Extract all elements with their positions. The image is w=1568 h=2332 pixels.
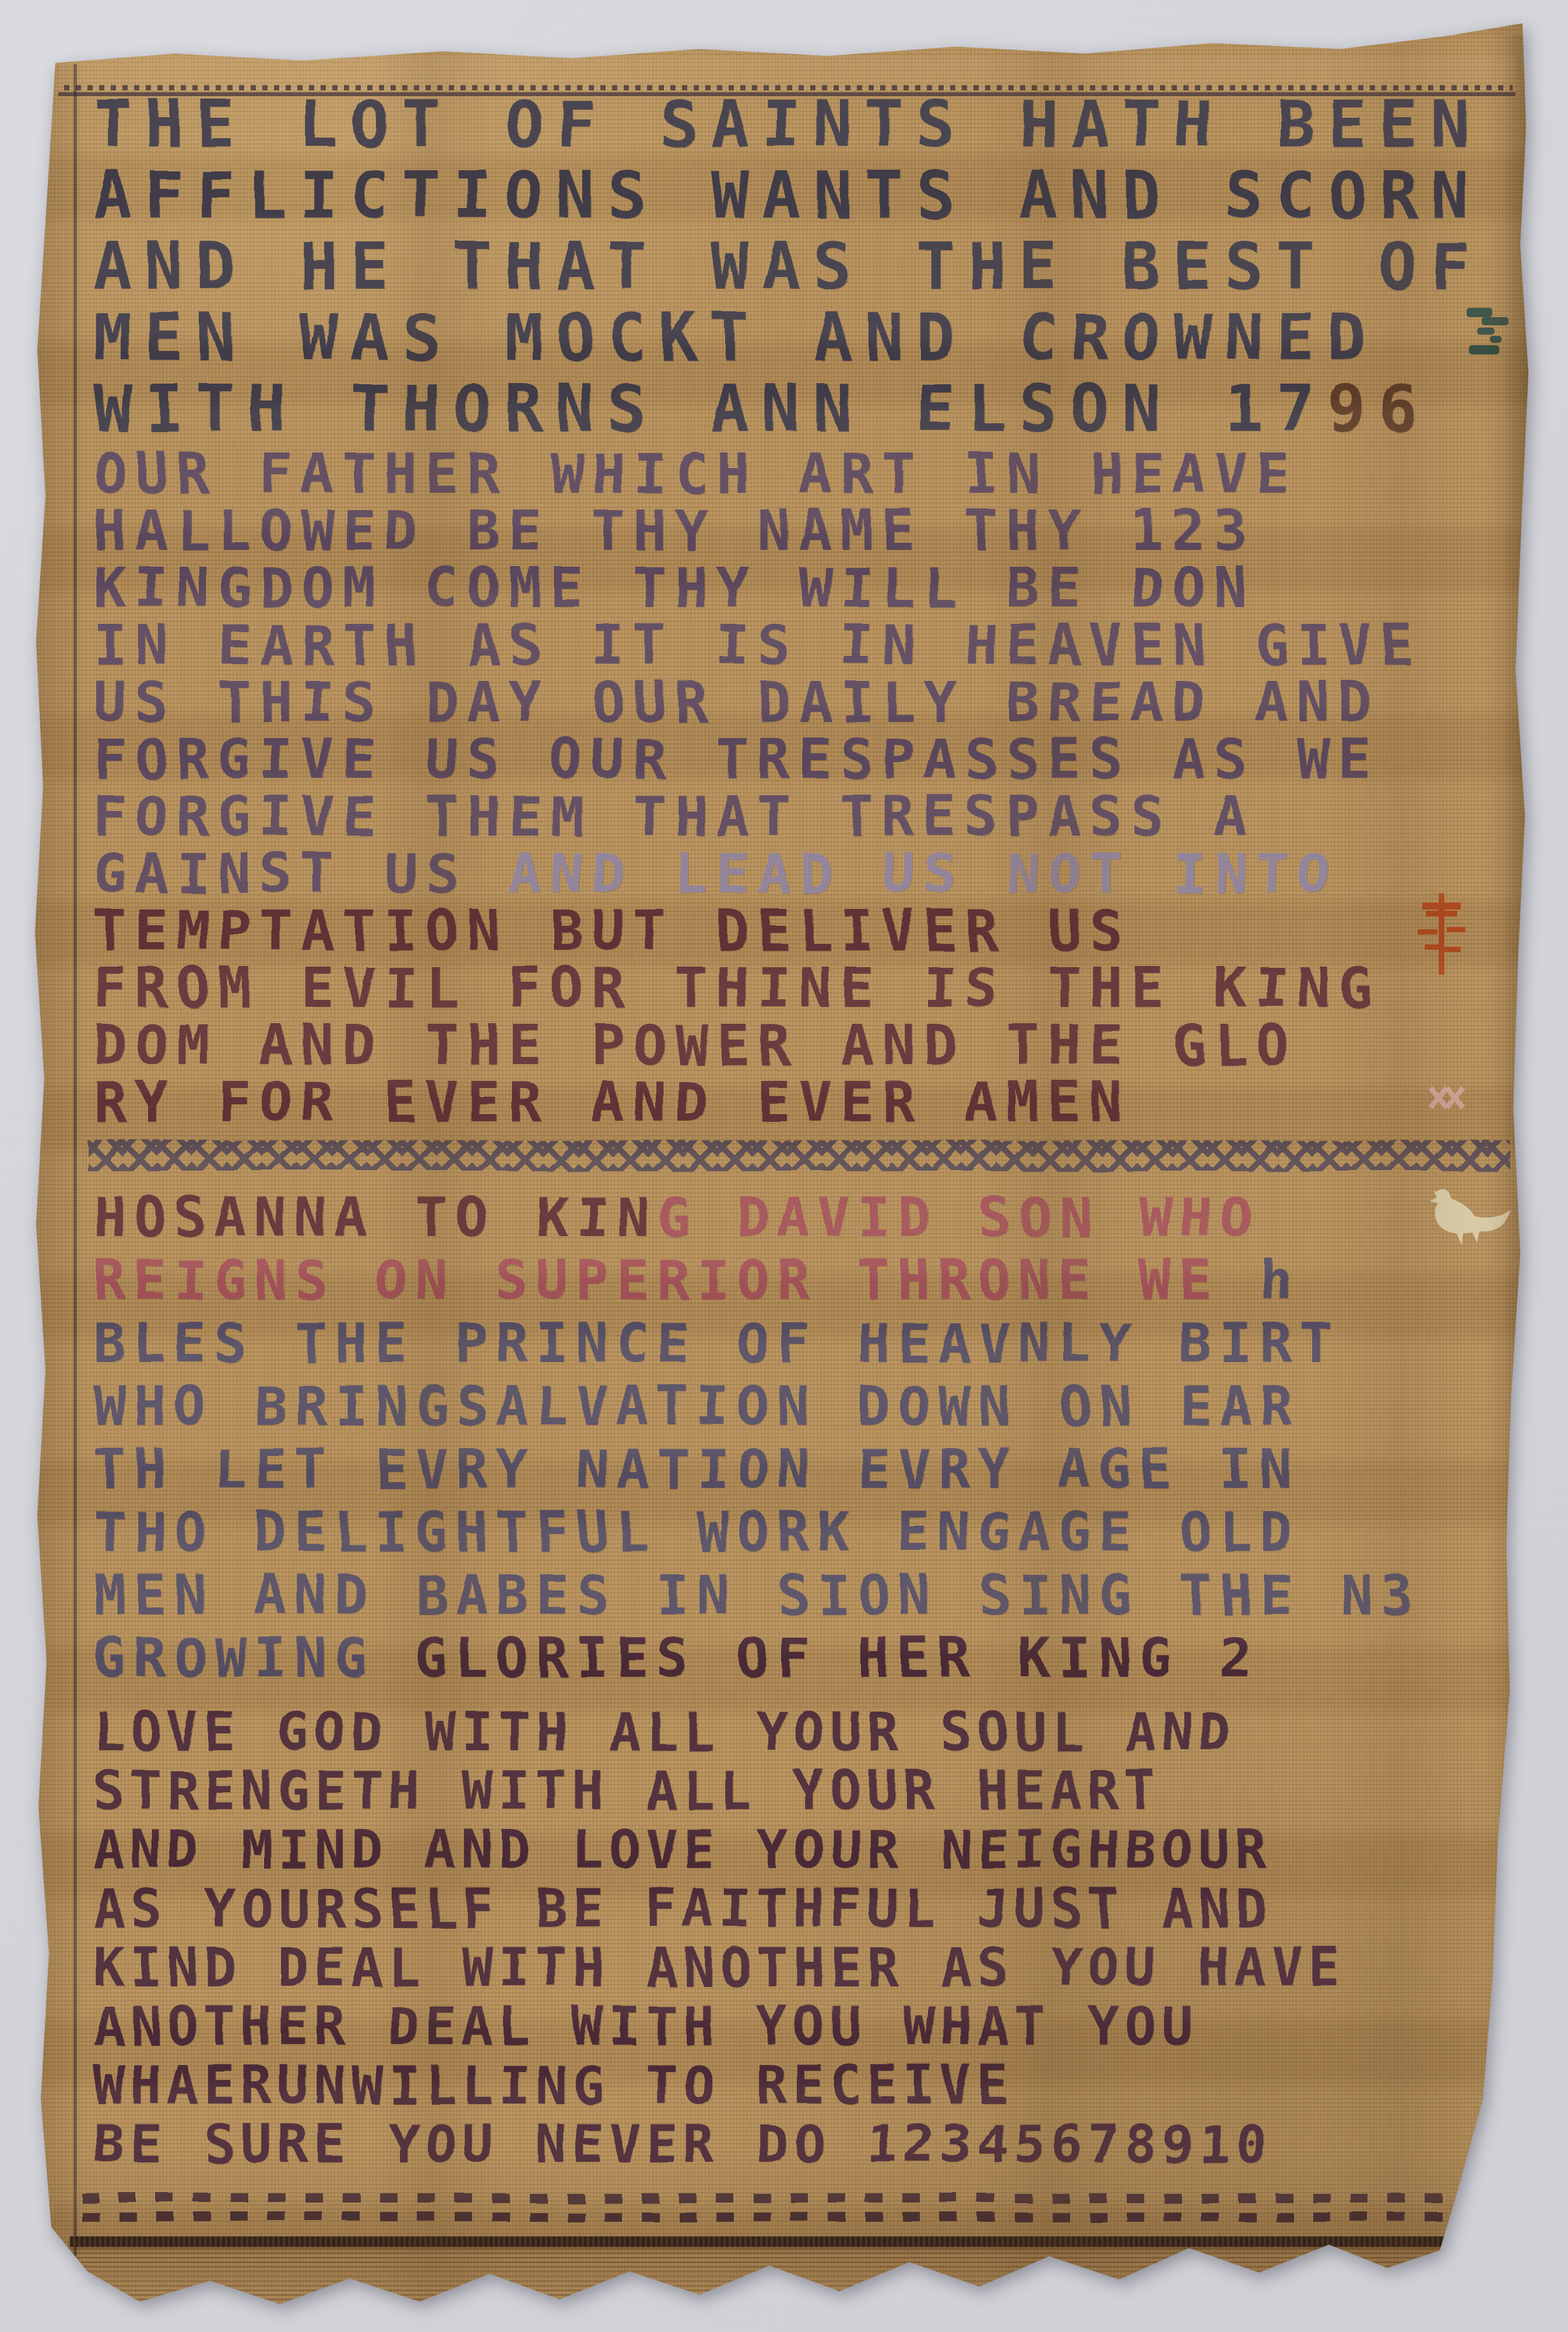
stitched-text-row: GROWING GLORIES OF HER KING 2 — [93, 1630, 1521, 1693]
stitched-text-row: IN EARTH AS IT IS IN HEAVEN GIVE — [93, 618, 1521, 675]
stitched-text: HOSANNA TO KIN — [93, 1186, 656, 1249]
stitched-text-row: FROM EVIL FOR THINE IS THE KING — [93, 961, 1521, 1018]
stitched-text: GAINST US — [93, 842, 508, 906]
stitched-text-row: MEN WAS MOCKT AND CROWNED — [93, 305, 1521, 377]
meander-border-band — [82, 2190, 1492, 2227]
stitched-text: RY FOR EVER AND EVER AMEN — [93, 1070, 1131, 1135]
stitched-text: IN EARTH AS IT IS IN HEAVEN GIVE — [93, 613, 1421, 677]
maker-name-text: WITH THORNS ANN ELSON 17 — [93, 371, 1327, 446]
stitched-text-row: BLES THE PRINCE OF HEAVNLY BIRT — [93, 1315, 1521, 1378]
stitched-text: US THIS DAY OUR DAILY BREAD AND — [93, 670, 1380, 735]
maker-date-row: WITH THORNS ANN ELSON 1796 — [93, 377, 1521, 448]
hymn-section: HOSANNA TO KING DAVID SON WHO REIGNS ON … — [93, 1189, 1521, 1693]
stitched-text: AFFLICTIONS WANTS AND SCORN — [93, 158, 1482, 233]
stitched-text: TH LET EVRY NATION EVRY AGE IN — [93, 1438, 1300, 1501]
stitched-text-row: TEMPTATION BUT DELIVER US — [93, 904, 1521, 961]
stitched-text-row: FORGIVE US OUR TRESPASSES AS WE — [93, 732, 1521, 789]
stitched-text: TEMPTATION BUT DELIVER US — [93, 899, 1131, 963]
photo-background: THE LOT OF SAINTS HATH BEEN AFFLICTIONS … — [0, 0, 1568, 2332]
stitched-text-row: HALLOWED BE THY NAME THY 123 — [93, 504, 1521, 561]
stitched-text-row: OUR FATHER WHICH ART IN HEAVE — [93, 447, 1521, 504]
pink-cross-motif — [1427, 1084, 1465, 1111]
stitched-text: STRENGETH WITH ALL YOUR HEART — [93, 1761, 1161, 1822]
stitched-text: BE SURE YOU NEVER DO 12345678910 — [93, 2114, 1272, 2175]
stitched-text-row: AND MIND AND LOVE YOUR NEIGHBOUR — [93, 1824, 1521, 1883]
stitched-text: REIGNS ON SUPERIOR THRONE WE — [93, 1249, 1219, 1312]
stitched-text-row: THE LOT OF SAINTS HATH BEEN — [93, 92, 1521, 163]
stitched-text: FORGIVE THEM THAT TRESPASS A — [93, 785, 1255, 849]
sampler-cloth: THE LOT OF SAINTS HATH BEEN AFFLICTIONS … — [0, 0, 1568, 2332]
stitched-text-row: WHAERUNWILLING TO RECEIVE — [93, 2059, 1521, 2118]
verse-section: THE LOT OF SAINTS HATH BEEN AFFLICTIONS … — [93, 92, 1521, 448]
stitched-text: THE LOT OF SAINTS HATH BEEN — [93, 87, 1482, 161]
stitched-text: KIND DEAL WITH ANOTHER AS YOU HAVE — [93, 1937, 1345, 1999]
stitched-text: h — [1219, 1249, 1300, 1312]
left-hem-stitch-line — [73, 64, 77, 2256]
stitched-text-row: RY FOR EVER AND EVER AMEN — [93, 1075, 1521, 1132]
stitched-text-row: WHO BRINGSALVATION DOWN ON EAR — [93, 1378, 1521, 1441]
stitched-text-row: THO DELIGHTFUL WORK ENGAGE OLD — [93, 1504, 1521, 1567]
zigzag-divider-band — [87, 1140, 1510, 1171]
stitched-text: HALLOWED BE THY NAME THY 123 — [93, 499, 1255, 563]
stitched-text-row: MEN AND BABES IN SION SING THE N3 — [93, 1567, 1521, 1630]
stitched-text-row: KINGDOM COME THY WILL BE DON — [93, 561, 1521, 618]
stitched-text-row: FORGIVE THEM THAT TRESPASS A — [93, 789, 1521, 847]
stitched-text: GROWING — [93, 1627, 415, 1690]
stitched-text: KINGDOM COME THY WILL BE DON — [93, 556, 1255, 620]
stitched-text: THO DELIGHTFUL WORK ENGAGE OLD — [93, 1501, 1300, 1564]
stitched-text: BLES THE PRINCE OF HEAVNLY BIRT — [93, 1312, 1340, 1375]
fringe-stitch-line — [70, 2236, 1486, 2247]
stitched-text: OUR FATHER WHICH ART IN HEAVE — [93, 442, 1297, 506]
stitched-text: AND HE THAT WAS THE BEST OF — [93, 229, 1482, 304]
stitched-text-row: HOSANNA TO KING DAVID SON WHO — [93, 1189, 1521, 1252]
stitched-text-row: KIND DEAL WITH ANOTHER AS YOU HAVE — [93, 1941, 1521, 2000]
stitched-text: ANOTHER DEAL WITH YOU WHAT YOU — [93, 1996, 1198, 2057]
cream-bird-motif — [1420, 1183, 1513, 1253]
stitched-text-row: ANOTHER DEAL WITH YOU WHAT YOU — [93, 2000, 1521, 2059]
stitched-text: FROM EVIL FOR THINE IS THE KING — [93, 956, 1380, 1020]
stitched-text: WHAERUNWILLING TO RECEIVE — [93, 2055, 1014, 2116]
teal-darn-motif — [1464, 304, 1512, 365]
stitched-text-row: REIGNS ON SUPERIOR THRONE WE h — [93, 1252, 1521, 1315]
lords-prayer-section: OUR FATHER WHICH ART IN HEAVE HALLOWED B… — [93, 447, 1521, 1132]
stitched-text-row: STRENGETH WITH ALL YOUR HEART — [93, 1765, 1521, 1824]
stitched-text-row: DOM AND THE POWER AND THE GLO — [93, 1018, 1521, 1075]
red-sprig-motif — [1415, 893, 1468, 976]
stitched-text-row: AND HE THAT WAS THE BEST OF — [93, 234, 1521, 305]
cloth-shadow: THE LOT OF SAINTS HATH BEEN AFFLICTIONS … — [0, 0, 1568, 2332]
stitched-text: GLORIES OF HER KING 2 — [415, 1627, 1260, 1690]
stitched-text: DOM AND THE POWER AND THE GLO — [93, 1013, 1297, 1077]
stitched-text-row: US THIS DAY OUR DAILY BREAD AND — [93, 675, 1521, 732]
stitched-text: G DAVID SON WHO — [656, 1186, 1260, 1249]
stitched-text: AND MIND AND LOVE YOUR NEIGHBOUR — [93, 1820, 1272, 1881]
stitched-text: MEN WAS MOCKT AND CROWNED — [93, 300, 1379, 375]
stitched-text: MEN AND BABES IN SION SING THE N3 — [93, 1564, 1421, 1627]
raw-hem-band — [47, 2247, 1498, 2301]
stitched-text-row: TH LET EVRY NATION EVRY AGE IN — [93, 1441, 1521, 1504]
maxims-section: LOVE GOD WITH ALL YOUR SOUL AND STRENGET… — [93, 1706, 1521, 2177]
stitched-text-row: AS YOURSELF BE FAITHFUL JUST AND — [93, 1883, 1521, 1941]
stitched-text: AS YOURSELF BE FAITHFUL JUST AND — [93, 1878, 1272, 1940]
numerals-row: BE SURE YOU NEVER DO 12345678910 — [93, 2118, 1521, 2177]
stitched-text: LOVE GOD WITH ALL YOUR SOUL AND — [93, 1702, 1235, 1763]
date-digits: 96 — [1327, 371, 1430, 446]
stitched-text-row: LOVE GOD WITH ALL YOUR SOUL AND — [93, 1706, 1521, 1765]
stitched-text: FORGIVE US OUR TRESPASSES AS WE — [93, 728, 1380, 792]
stitched-text-row: AFFLICTIONS WANTS AND SCORN — [93, 163, 1521, 234]
stitched-text: WHO BRINGSALVATION DOWN ON EAR — [93, 1375, 1300, 1438]
stitched-text-row: GAINST US AND LEAD US NOT INTO — [93, 847, 1521, 904]
stitched-text: AND LEAD US NOT INTO — [508, 842, 1338, 906]
